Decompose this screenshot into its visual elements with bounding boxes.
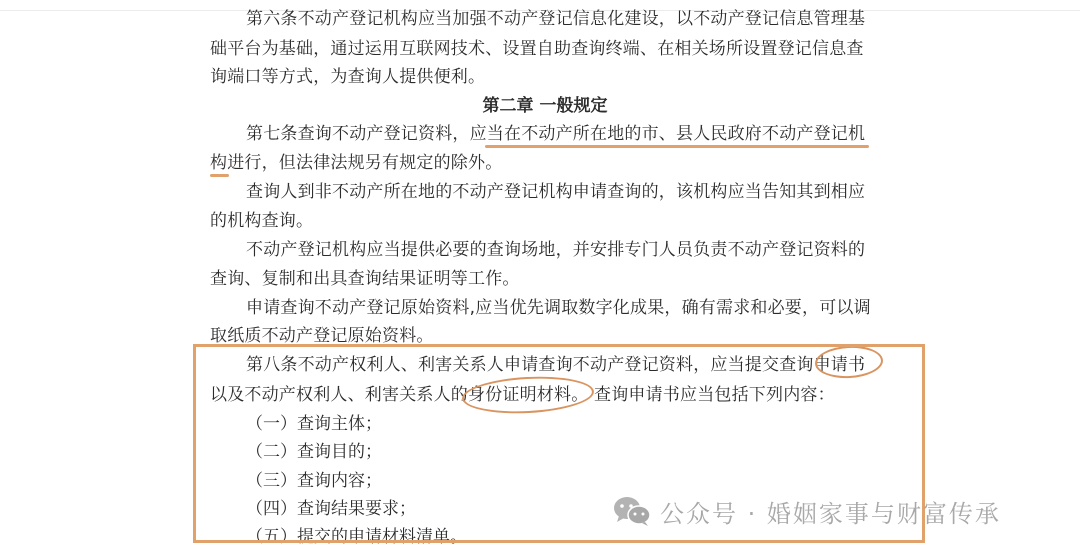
chapter-heading: 第二章 一般规定 (210, 91, 880, 121)
article-6-line-3: 询端口等方式，为查询人提供便利。 (210, 62, 485, 92)
original-records-line-1: 申请查询不动产登记原始资料,应当优先调取数字化成果，确有需求和必要，可以调 (246, 293, 871, 323)
article-8-item-1: （一）查询主体； (246, 409, 382, 439)
article-6-line-1: 第六条不动产登记机构应当加强不动产登记信息化建设，以不动产登记信息管理基 (246, 4, 865, 34)
venue-paragraph-line-1: 不动产登记机构应当提供必要的查询场地，并安排专门人员负责不动产登记资料的 (246, 235, 865, 265)
original-records-line-2: 取纸质不动产登记原始资料。 (210, 321, 434, 351)
redirect-paragraph-line-2: 的机构查询。 (210, 206, 313, 236)
underline-annotation-main (485, 145, 869, 148)
article-6-line-2: 础平台为基础，通过运用互联网技术、设置自助查询终端、在相关场所设置登记信息查 (210, 34, 864, 64)
article-7-line-2: 构进行，但法律法规另有规定的除外。 (210, 148, 502, 178)
article-8-item-3: （三）查询内容； (246, 466, 382, 496)
article-8-line-1: 第八条不动产权利人、利害关系人申请查询不动产登记资料，应当提交查询申请书 (246, 350, 865, 380)
watermark-text: 公众号 · 婚姻家事与财富传承 (660, 494, 1001, 529)
underline-annotation-short (210, 174, 229, 177)
article-8-item-5: （五）提交的申请材料清单。 (246, 522, 467, 552)
wechat-icon (612, 495, 652, 527)
watermark: 公众号 · 婚姻家事与财富传承 (612, 493, 1001, 529)
venue-paragraph-line-2: 查询、复制和出具查询结果证明等工作。 (210, 264, 520, 294)
article-8-item-4: （四）查询结果要求； (246, 494, 416, 524)
redirect-paragraph-line-1: 查询人到非不动产所在地的不动产登记机构申请查询的，该机构应当告知其到相应 (246, 177, 865, 207)
article-8-item-2: （二）查询目的； (246, 437, 382, 467)
